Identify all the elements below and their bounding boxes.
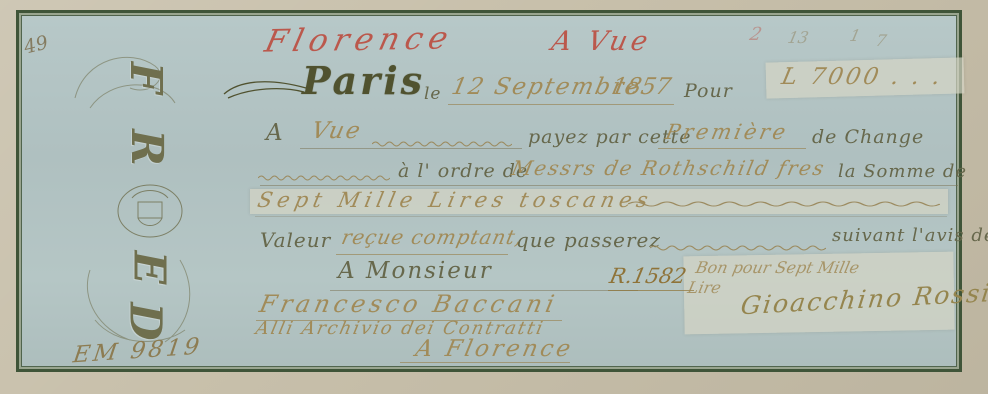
monogram-letter-r: R: [121, 129, 172, 166]
printed-avis: suivant l'avis de: [832, 225, 988, 246]
faint-mark-2: 13: [786, 28, 810, 47]
bill-of-exchange-scan: 49 Florence A Vue 2 13 1 7 F R E D EM 98…: [0, 0, 988, 394]
recue-underline: [336, 254, 508, 255]
drawee-name: Francesco Baccani: [257, 290, 561, 318]
written-year: 1857: [609, 74, 673, 100]
document-content: 49 Florence A Vue 2 13 1 7 F R E D EM 98…: [0, 0, 988, 394]
filler-squiggle-2: [258, 172, 390, 182]
vue-baseline-rule: [300, 148, 522, 149]
faint-mark-4: 7: [874, 31, 888, 50]
written-payee: Messrs de Rothschild fres: [509, 156, 828, 180]
amount-baseline-rule: [255, 216, 947, 217]
premiere-underline: [658, 148, 806, 149]
printed-le: le: [424, 84, 442, 104]
ref-underline: [608, 290, 694, 291]
date-underline: [448, 104, 674, 105]
filler-squiggle-3: [628, 198, 940, 208]
printed-dechange: de Change: [812, 126, 924, 148]
drawee-city: A Florence: [413, 336, 576, 362]
acceptance-line1: Bon pour Sept Mille: [694, 258, 861, 277]
printed-somme: la Somme de: [838, 161, 967, 182]
rothschild-crest-icon: [112, 182, 188, 240]
filler-squiggle-4: [650, 242, 826, 252]
amount-figures: L 7000 . . .: [779, 64, 946, 90]
printed-pour: Pour: [684, 80, 733, 102]
printed-a: A: [266, 120, 284, 146]
written-premiere: Première: [663, 120, 790, 144]
place-written: Florence: [261, 20, 457, 59]
corner-mark: 49: [22, 31, 51, 58]
printed-valeur: Valeur: [260, 228, 331, 252]
printed-monsieur: A Monsieur: [338, 258, 493, 284]
ref-number: R.1582: [607, 264, 688, 288]
written-recue: reçue comptant,: [339, 225, 525, 249]
printed-passerez: que passerez: [516, 228, 661, 252]
order-baseline-rule: [260, 185, 958, 186]
filler-squiggle-1: [372, 138, 512, 148]
acceptance-line2: Lire: [686, 278, 723, 297]
paris-swash-flourish: [222, 76, 308, 102]
faint-mark-1: 2: [748, 24, 764, 45]
amount-words: Sept Mille Lires toscanes: [255, 188, 655, 212]
written-vue: Vue: [309, 118, 364, 144]
faint-mark-3: 1: [848, 26, 862, 45]
terms-written: A Vue: [549, 26, 655, 57]
city-underline: [400, 362, 570, 363]
monogram-letter-f: F: [120, 62, 171, 93]
printed-city: Paris: [302, 58, 425, 103]
